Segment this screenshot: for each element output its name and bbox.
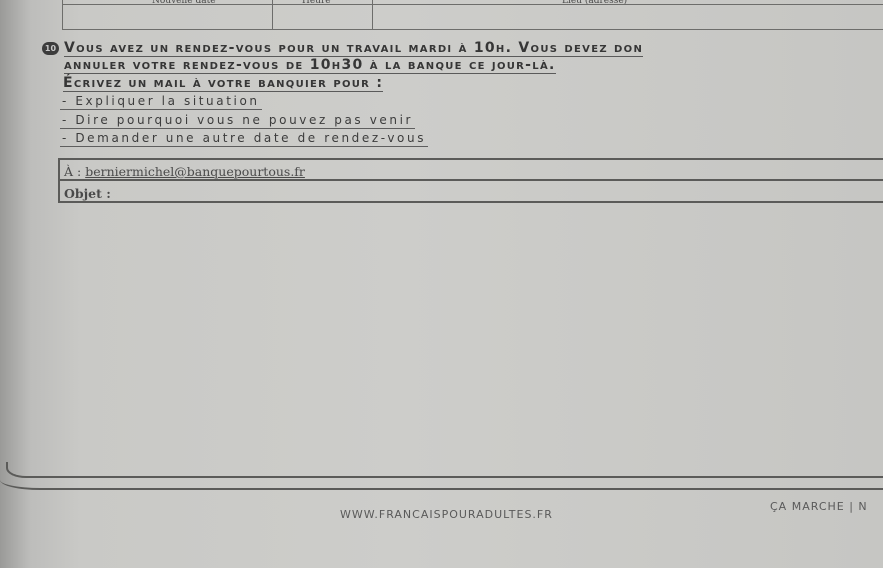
footer-url: WWW.FRANCAISPOURADULTES.FR: [340, 508, 553, 521]
task-bullet: - Expliquer la situation: [60, 94, 262, 110]
instruction-line: annuler votre rendez-vous de 10h30 à la …: [64, 57, 556, 74]
table-header-heure: Heure: [302, 0, 331, 6]
instruction-line: Vous avez un rendez-vous pour un travail…: [64, 40, 643, 57]
form-rule: [58, 158, 883, 160]
table-header-lieu: Lieu (adresse): [562, 0, 627, 6]
page-border: [0, 476, 883, 490]
form-rule: [58, 179, 883, 181]
footer-book-title: ÇA MARCHE | N: [770, 500, 868, 513]
table-divider: [62, 4, 883, 5]
subject-field[interactable]: Objet :: [64, 186, 111, 201]
table-divider: [372, 0, 373, 30]
to-field[interactable]: À : berniermichel@banquepourtous.fr: [64, 164, 305, 179]
previous-exercise-table: Nouvelle date Heure Lieu (adresse): [62, 0, 883, 30]
email-form: À : berniermichel@banquepourtous.fr Obje…: [58, 158, 883, 470]
subject-label: Objet :: [64, 186, 111, 201]
table-divider: [272, 0, 273, 30]
table-divider: [62, 0, 63, 30]
to-value: berniermichel@banquepourtous.fr: [85, 164, 305, 179]
table-divider: [62, 29, 883, 30]
task-bullet: - Demander une autre date de rendez-vous: [60, 131, 428, 147]
to-label: À :: [64, 164, 81, 179]
table-header-date: Nouvelle date: [152, 0, 216, 6]
exercise-number-badge: 10: [42, 42, 59, 55]
email-body-area[interactable]: [60, 202, 883, 466]
instruction-line: Écrivez un mail à votre banquier pour :: [63, 75, 383, 92]
task-bullet: - Dire pourquoi vous ne pouvez pas venir: [60, 113, 415, 129]
